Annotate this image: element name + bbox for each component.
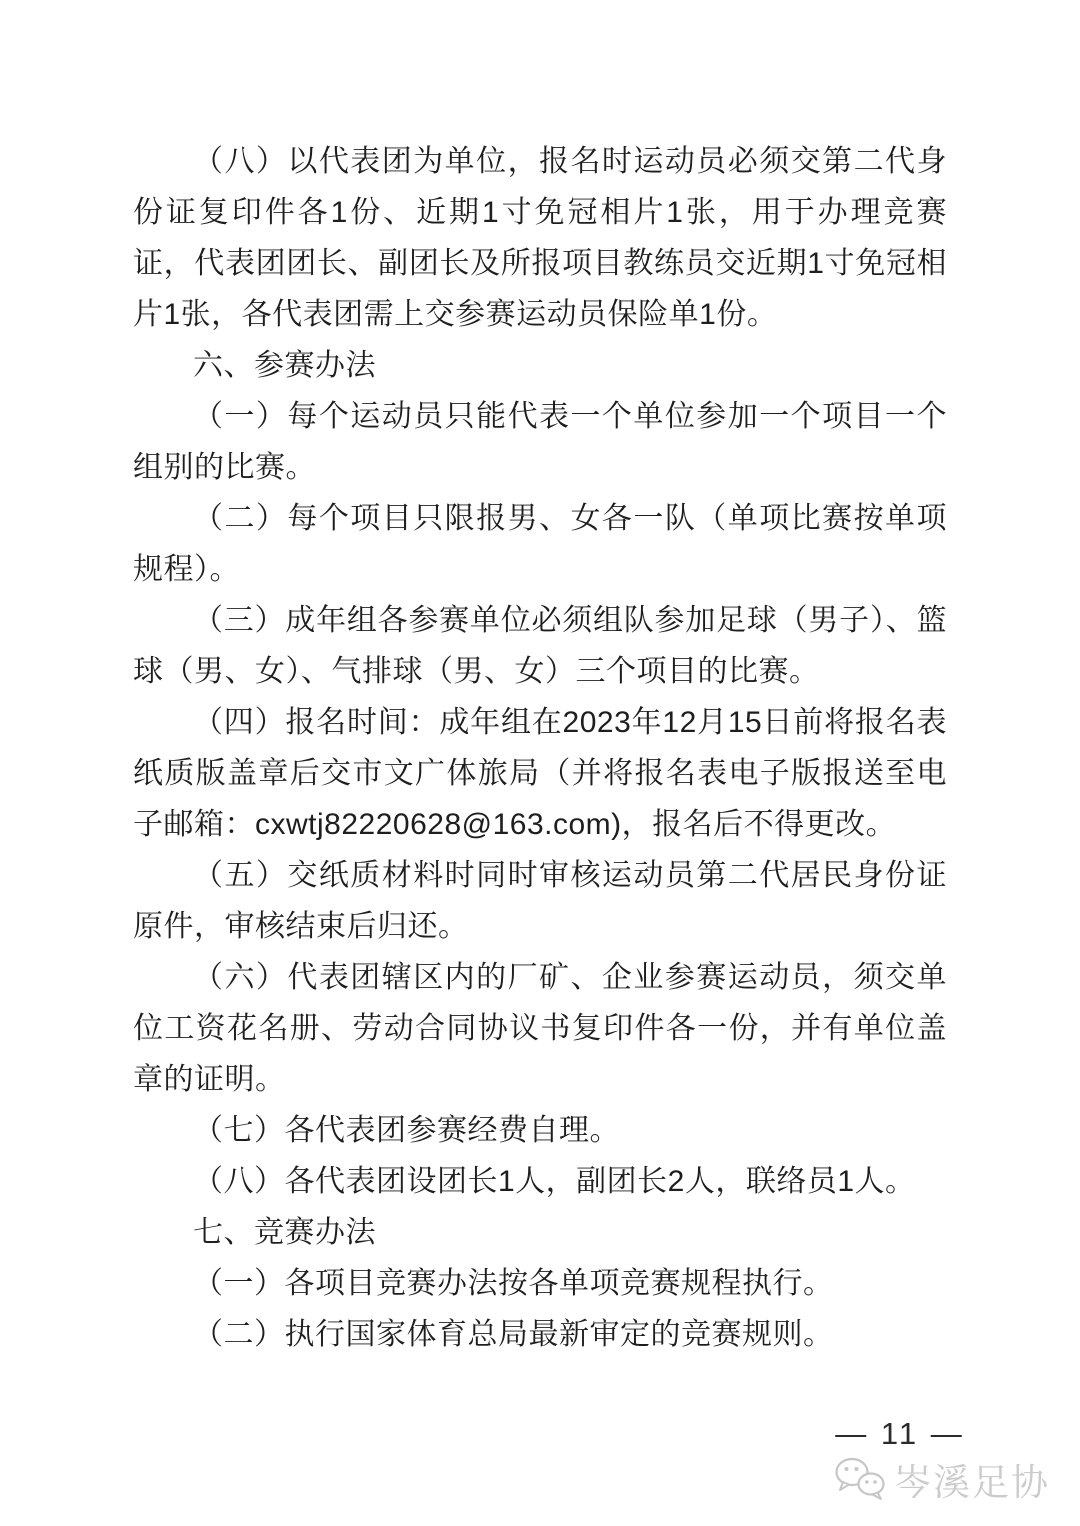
paragraph-6-8: （八）各代表团设团长1人，副团长2人，联络员1人。	[133, 1156, 947, 1207]
paragraph-item-8-registration-materials: （八）以代表团为单位，报名时运动员必须交第二代身份证复印件各1份、近期1寸免冠相…	[133, 136, 947, 340]
paragraph-6-7: （七）各代表团参赛经费自理。	[133, 1105, 947, 1156]
paragraph-6-6: （六）代表团辖区内的厂矿、企业参赛运动员，须交单位工资花名册、劳动合同协议书复印…	[133, 952, 947, 1105]
wechat-icon	[834, 1456, 886, 1502]
page-number: — 11 —	[820, 1416, 980, 1452]
section-heading-7-competition-methods: 七、竞赛办法	[133, 1207, 947, 1258]
paragraph-6-2: （二）每个项目只限报男、女各一队（单项比赛按单项规程）。	[133, 493, 947, 595]
paragraph-6-1: （一）每个运动员只能代表一个单位参加一个项目一个组别的比赛。	[133, 391, 947, 493]
paragraph-6-3: （三）成年组各参赛单位必须组队参加足球（男子）、篮球（男、女）、气排球（男、女）…	[133, 595, 947, 697]
paragraph-7-2: （二）执行国家体育总局最新审定的竞赛规则。	[133, 1309, 947, 1360]
paragraph-6-4-registration-deadline: （四）报名时间：成年组在2023年12月15日前将报名表纸质版盖章后交市文广体旅…	[133, 697, 947, 850]
paragraph-6-5: （五）交纸质材料时同时审核运动员第二代居民身份证原件，审核结束后归还。	[133, 850, 947, 952]
section-heading-6-entry-methods: 六、参赛办法	[133, 340, 947, 391]
document-text-block: （八）以代表团为单位，报名时运动员必须交第二代身份证复印件各1份、近期1寸免冠相…	[133, 136, 947, 1360]
document-page: （八）以代表团为单位，报名时运动员必须交第二代身份证复印件各1份、近期1寸免冠相…	[0, 0, 1080, 1526]
paragraph-7-1: （一）各项目竞赛办法按各单项竞赛规程执行。	[133, 1258, 947, 1309]
watermark: 岑溪足协	[834, 1452, 1050, 1506]
watermark-label: 岑溪足协	[894, 1452, 1050, 1506]
